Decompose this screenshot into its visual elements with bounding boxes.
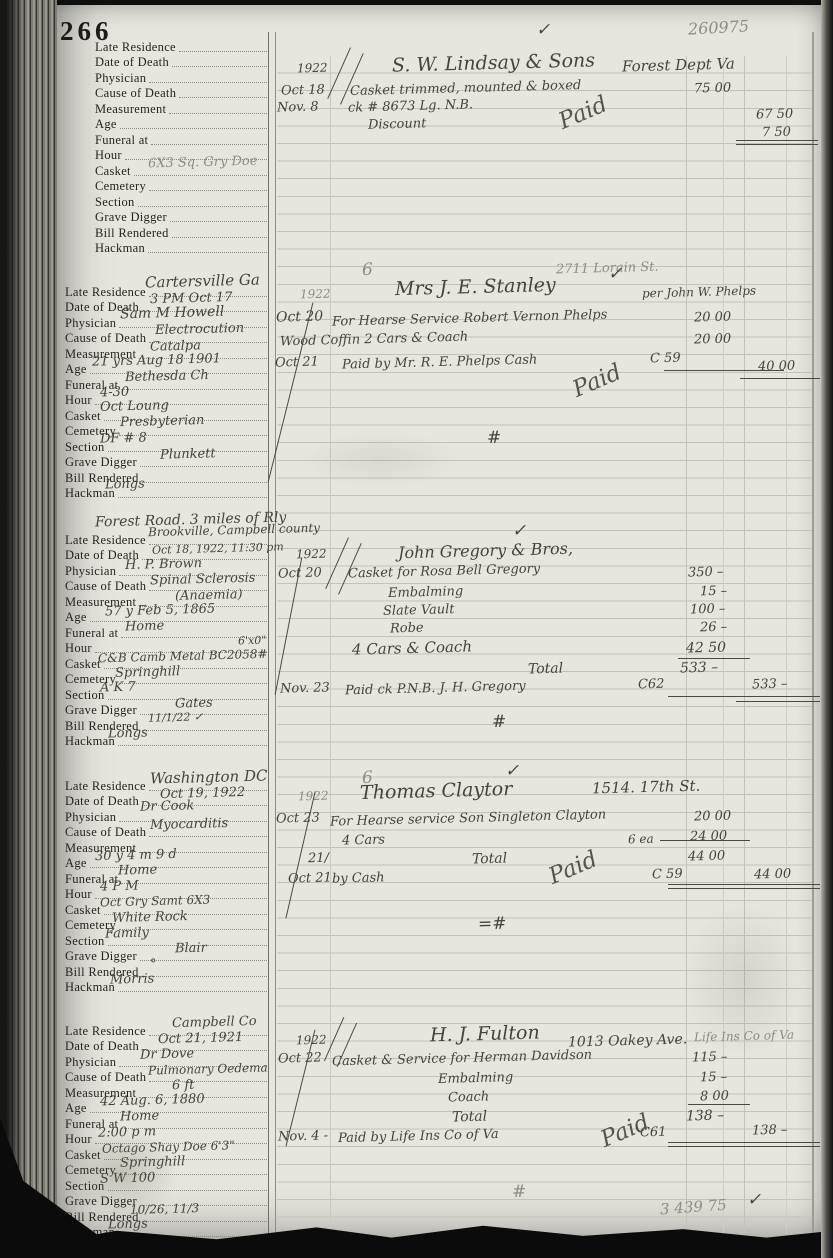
entry-date: Nov. 4 - (278, 1129, 328, 1143)
field-value-hour: 2:00 p m (98, 1125, 156, 1140)
field-label: Cause of Death (65, 1071, 149, 1084)
field-label: Age (65, 1102, 90, 1115)
entry-debit: 115 – (692, 1051, 728, 1065)
field-label: Grave Digger (65, 1195, 140, 1208)
field-row: Funeral at (65, 1115, 267, 1131)
field-value-age: 42 Aug. 6, 1880 (100, 1093, 205, 1109)
field-label: Date of Death (65, 1040, 142, 1053)
entry-desc: Casket & Service for Herman Davidson (332, 1049, 592, 1069)
dotted-rule (149, 1081, 267, 1082)
total-rule (668, 1146, 820, 1147)
entry-credit: 138 – (752, 1124, 788, 1138)
field-label: Late Residence (65, 1025, 149, 1038)
field-value-cemetery: Springhill (120, 1155, 185, 1170)
subtotal-rule (688, 1104, 750, 1105)
field-value-bill-rendered: 10/26, 11/3 (130, 1202, 199, 1216)
entry-date: Oct 22 (278, 1051, 322, 1065)
field-value-date-of-death: Oct 21, 1921 (158, 1031, 243, 1046)
client-note: Life Ins Co of Va (694, 1029, 794, 1044)
entry-desc: Total (452, 1110, 487, 1125)
entry-debit: 138 – (686, 1109, 725, 1124)
field-value-section: S W 100 (100, 1171, 156, 1185)
total-rule (668, 1142, 820, 1143)
dotted-rule (108, 1190, 267, 1191)
dotted-rule (90, 1112, 267, 1113)
field-value-casket: Octago Shay Doe 6'3" (102, 1139, 235, 1154)
entry-debit: 8 00 (700, 1090, 729, 1104)
field-row: Section (65, 1177, 267, 1193)
entry-debit: 15 – (700, 1071, 728, 1085)
entry-desc: Coach (448, 1090, 490, 1104)
paid-annotation: Paid (597, 1109, 653, 1153)
field-value-cause-of-death: Pulmonary Oedema (148, 1061, 268, 1076)
field-value-funeral-at: Home (120, 1109, 160, 1123)
field-value-late-residence: Campbell Co (172, 1015, 257, 1030)
field-value-physician: Dr Dove (140, 1047, 194, 1061)
record-5: Late ResidenceDate of DeathPhysicianCaus… (0, 0, 833, 1258)
field-label: Hour (65, 1133, 95, 1146)
right-page-edge (821, 0, 833, 1258)
field-value-hackman: Longs (108, 1217, 148, 1231)
entry-desc: Paid by Life Ins Co of Va (338, 1128, 499, 1145)
field-label: Physician (65, 1056, 119, 1069)
check-mark: ✓ (747, 1192, 762, 1209)
hash-mark: # (512, 1184, 527, 1201)
client-name: H. J. Fulton (430, 1024, 540, 1046)
field-value-measurement: 6 ft (172, 1079, 195, 1093)
page-total: 3 439 75 (660, 1198, 728, 1218)
dotted-rule (142, 1221, 267, 1222)
scanned-ledger-page: 266 260975 ✓ Late ResidenceDate of Death… (0, 0, 833, 1258)
field-label: Casket (65, 1149, 104, 1162)
entry-desc: Embalming (438, 1071, 514, 1086)
